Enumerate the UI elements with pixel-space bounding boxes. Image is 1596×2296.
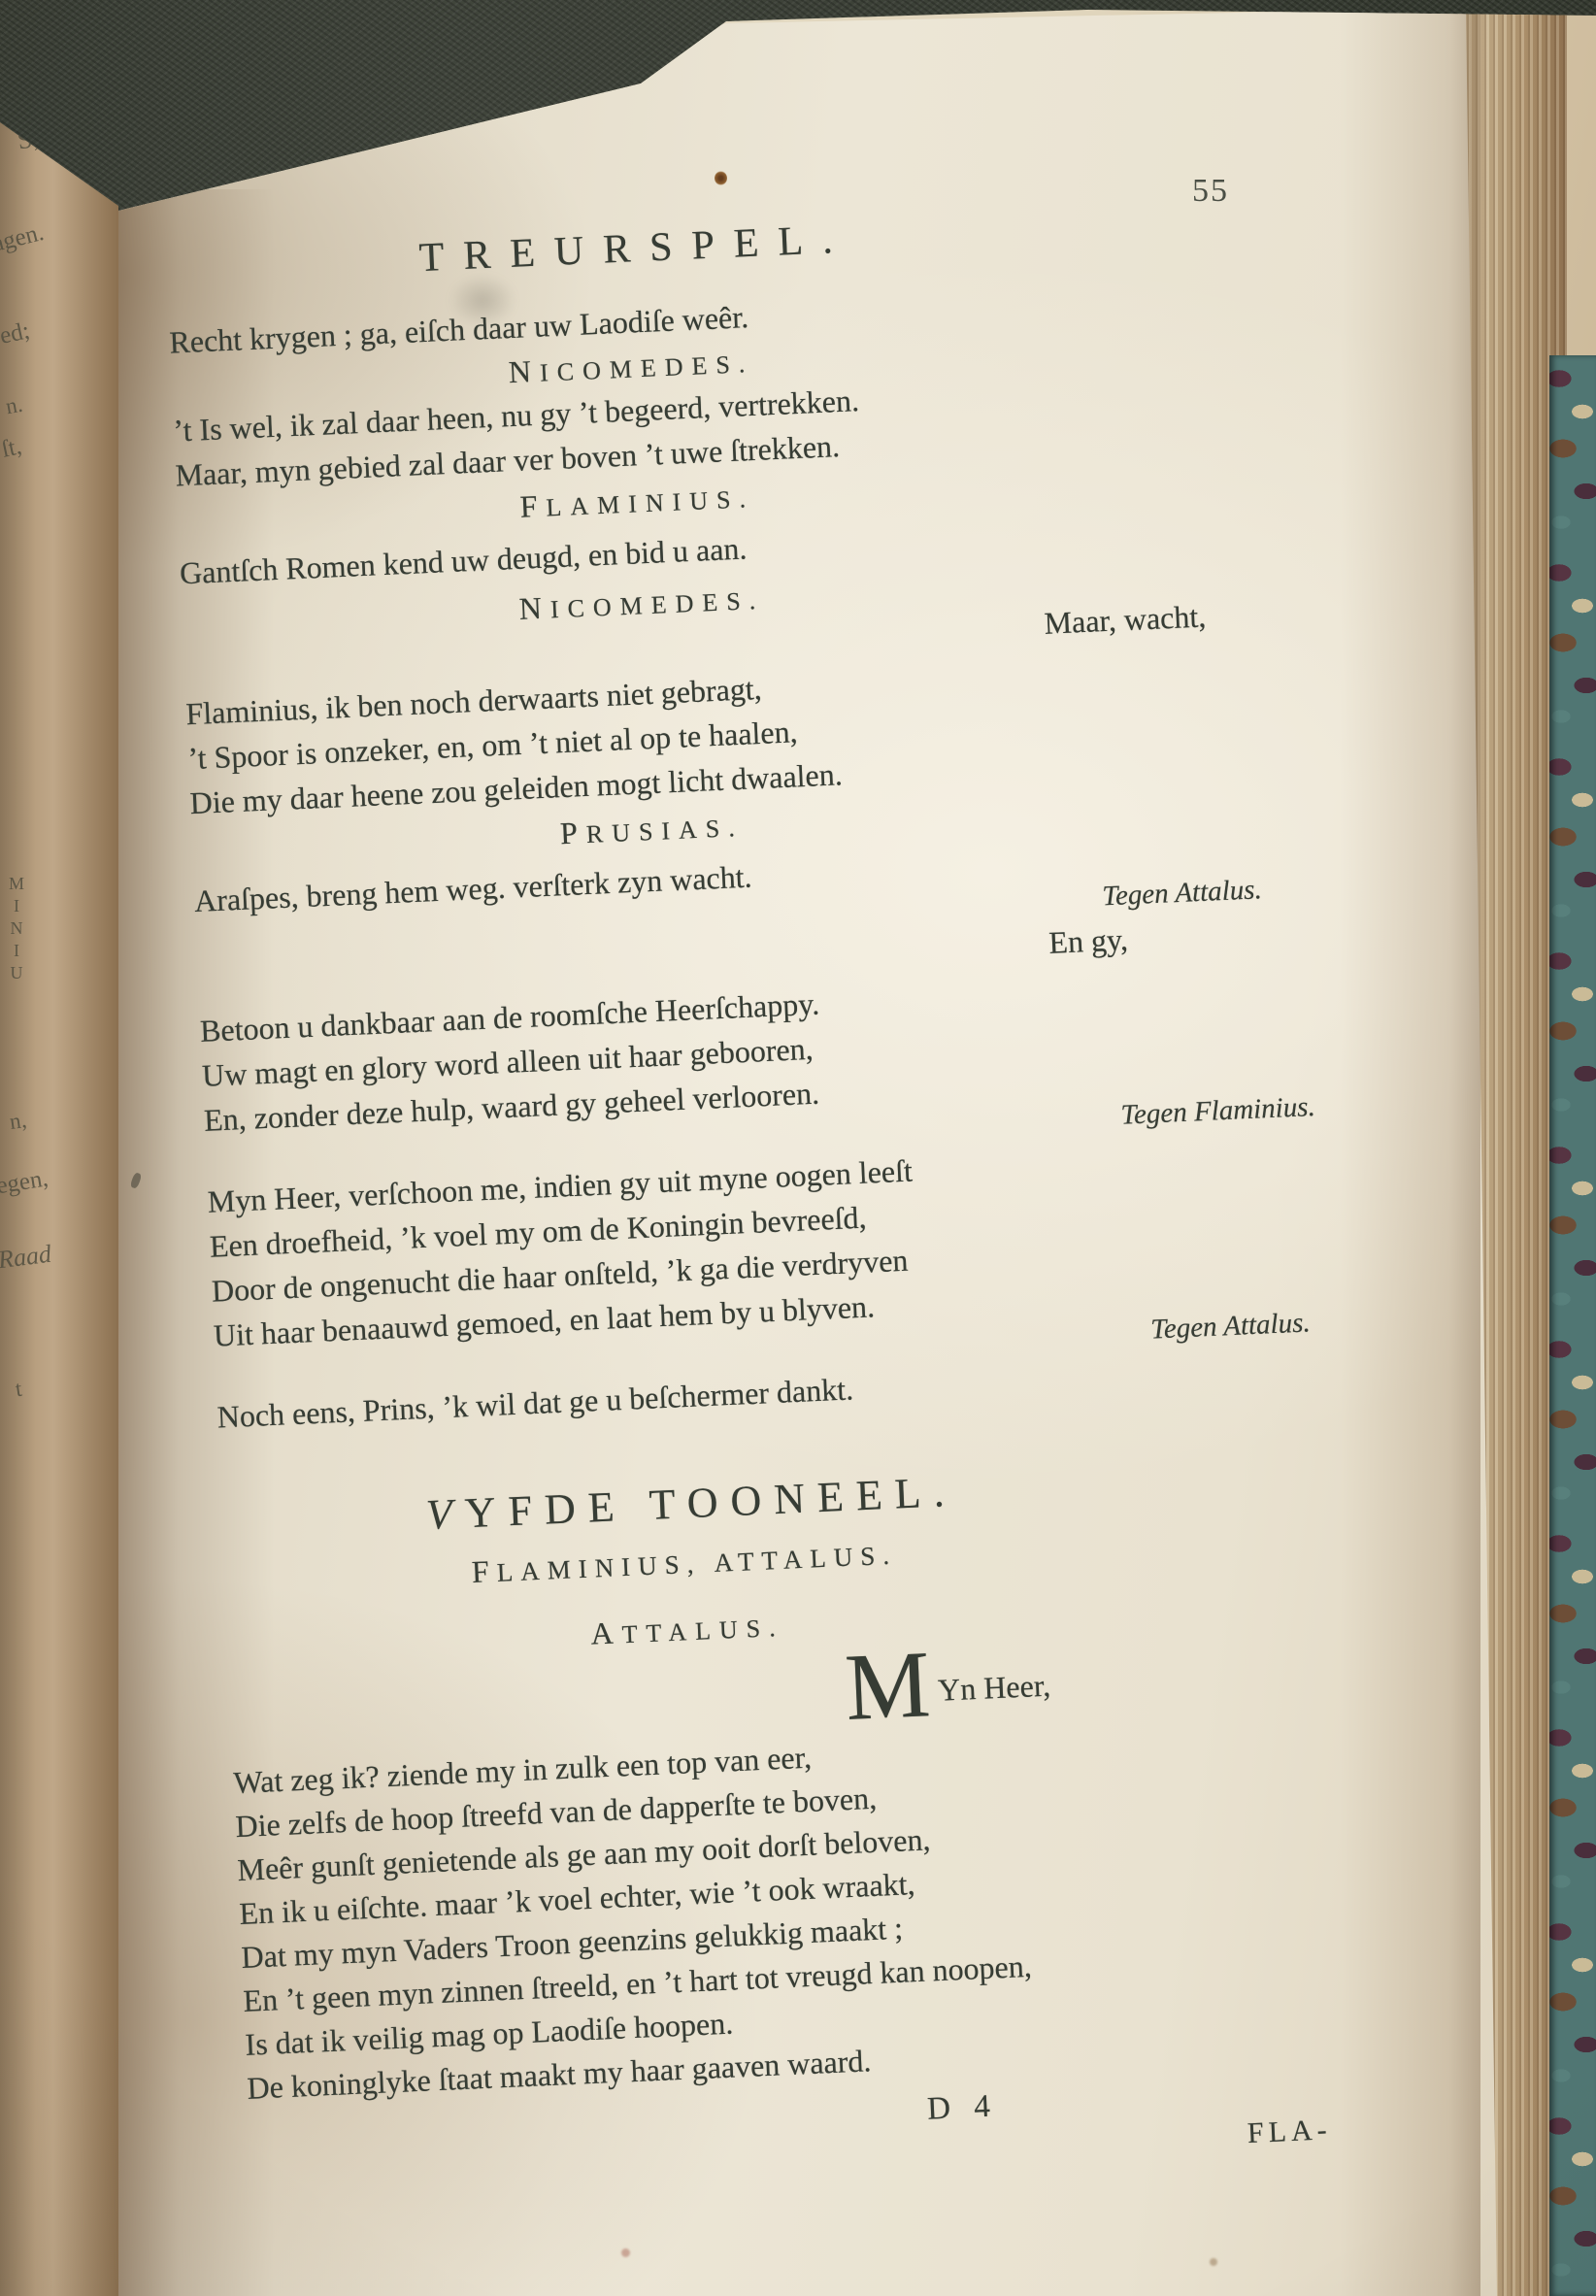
marbled-cover <box>1549 355 1596 2296</box>
printed-text-block: TREURSPEL. Recht krygen ; ga, eiſch daar… <box>101 193 1400 2199</box>
book-page-block: 55 TREURSPEL. Recht krygen ; ga, eiſch d… <box>0 0 1596 2296</box>
drop-cap: M <box>844 1644 932 1729</box>
dropcap-rest-text: Yn Heer, <box>937 1668 1051 1709</box>
page-edge-fragment: Raad <box>0 1240 53 1275</box>
page-edge-fragment: n, <box>8 1108 28 1135</box>
page-edge-fragment: n. <box>4 392 25 420</box>
previous-page-edge: S, agen. ed; n. ſt, MINIU n, regen, Raad… <box>0 0 118 2296</box>
page-edge-fragment: agen. <box>0 219 47 258</box>
photo-of-book: 55 TREURSPEL. Recht krygen ; ga, eiſch d… <box>0 0 1596 2296</box>
page-edge-fragment: ed; <box>0 317 32 350</box>
page-edge-fragment: MINIU <box>6 874 26 985</box>
signature-mark: D 4 <box>926 2086 998 2128</box>
page-edge-fragment: ſt, <box>0 433 24 464</box>
page-edge-fragment: regen, <box>0 1165 50 1201</box>
page-edge-fragment: S, <box>15 122 41 155</box>
page-edge-fragment: t <box>14 1377 23 1403</box>
